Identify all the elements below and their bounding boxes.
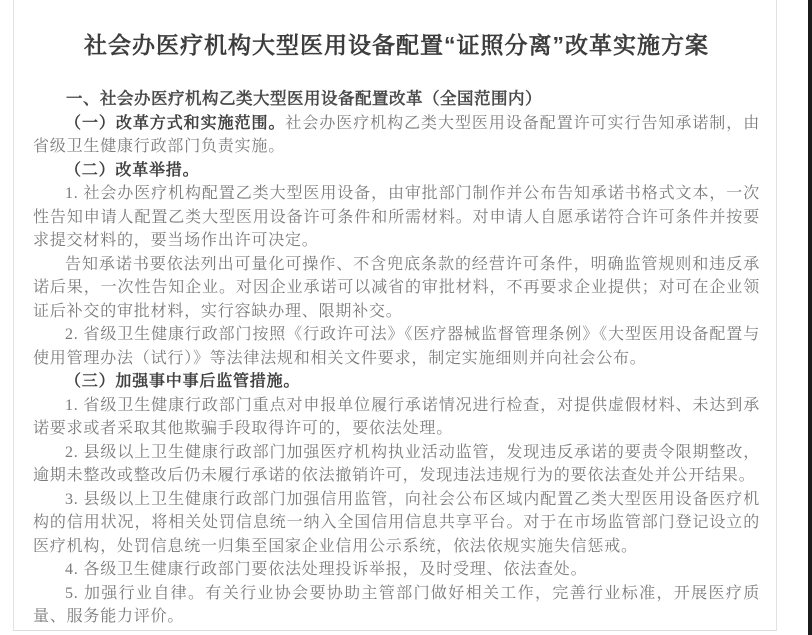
document-title: 社会办医疗机构大型医用设备配置“证照分离”改革实施方案 (33, 28, 760, 62)
paragraph-supervision-heading: （三）加强事中事后监管措施。 (33, 370, 760, 394)
section-heading: 一、社会办医疗机构乙类大型医用设备配置改革（全国范围内） (33, 88, 760, 112)
paragraph-text: 5. 加强行业自律。有关行业协会要协助主管部门做好相关工作，完善行业标准，开展医… (33, 585, 760, 626)
paragraph-reform-scope: （一）改革方式和实施范围。社会办医疗机构乙类大型医用设备配置许可实行告知承诺制，… (33, 112, 760, 159)
document-page: 社会办医疗机构大型医用设备配置“证照分离”改革实施方案 一、社会办医疗机构乙类大… (14, 0, 776, 629)
paragraph-text: 1. 省级卫生健康行政部门重点对申报单位履行承诺情况进行检查，对提供虚假材料、未… (33, 397, 760, 438)
paragraph-supervision-4: 4. 各级卫生健康行政部门要依法处理投诉举报，及时受理、依法查处。 (33, 558, 760, 582)
paragraph-measure-2: 2. 省级卫生健康行政部门按照《行政许可法》《医疗器械监督管理条例》《大型医用设… (33, 323, 760, 370)
paragraph-supervision-5: 5. 加强行业自律。有关行业协会要协助主管部门做好相关工作，完善行业标准，开展医… (33, 582, 760, 629)
paragraph-lead: （三）加强事中事后监管措施。 (65, 373, 300, 390)
paragraph-lead: （一）改革方式和实施范围。 (65, 115, 285, 132)
paragraph-text: 3. 县级以上卫生健康行政部门加强信用监管，向社会公布区域内配置乙类大型医用设备… (33, 491, 760, 555)
paragraph-text: 告知承诺书要依法列出可量化可操作、不含兜底条款的经营许可条件，明确监管规则和违反… (33, 256, 760, 320)
paragraph-supervision-3: 3. 县级以上卫生健康行政部门加强信用监管，向社会公布区域内配置乙类大型医用设备… (33, 488, 760, 559)
paragraph-lead: （二）改革举措。 (65, 162, 199, 179)
paragraph-measure-1: 1. 社会办医疗机构配置乙类大型医用设备，由审批部门制作并公布告知承诺书格式文本… (33, 182, 760, 253)
document-viewer: 社会办医疗机构大型医用设备配置“证照分离”改革实施方案 一、社会办医疗机构乙类大… (0, 0, 812, 635)
paragraph-text: 4. 各级卫生健康行政部门要依法处理投诉举报，及时受理、依法查处。 (65, 561, 587, 578)
paragraph-reform-measures-heading: （二）改革举措。 (33, 159, 760, 183)
paragraph-text: 1. 社会办医疗机构配置乙类大型医用设备，由审批部门制作并公布告知承诺书格式文本… (33, 185, 760, 249)
paragraph-text: 2. 省级卫生健康行政部门按照《行政许可法》《医疗器械监督管理条例》《大型医用设… (33, 326, 760, 367)
paragraph-text: 2. 县级以上卫生健康行政部门加强医疗机构执业活动监管，发现违反承诺的要责令限期… (33, 444, 760, 485)
paragraph-supervision-1: 1. 省级卫生健康行政部门重点对申报单位履行承诺情况进行检查，对提供虚假材料、未… (33, 394, 760, 441)
document-body: 一、社会办医疗机构乙类大型医用设备配置改革（全国范围内） （一）改革方式和实施范… (33, 88, 760, 629)
window-edge (808, 0, 812, 635)
paragraph-supervision-2: 2. 县级以上卫生健康行政部门加强医疗机构执业活动监管，发现违反承诺的要责令限期… (33, 441, 760, 488)
paragraph-measure-1-detail: 告知承诺书要依法列出可量化可操作、不含兜底条款的经营许可条件，明确监管规则和违反… (33, 253, 760, 324)
